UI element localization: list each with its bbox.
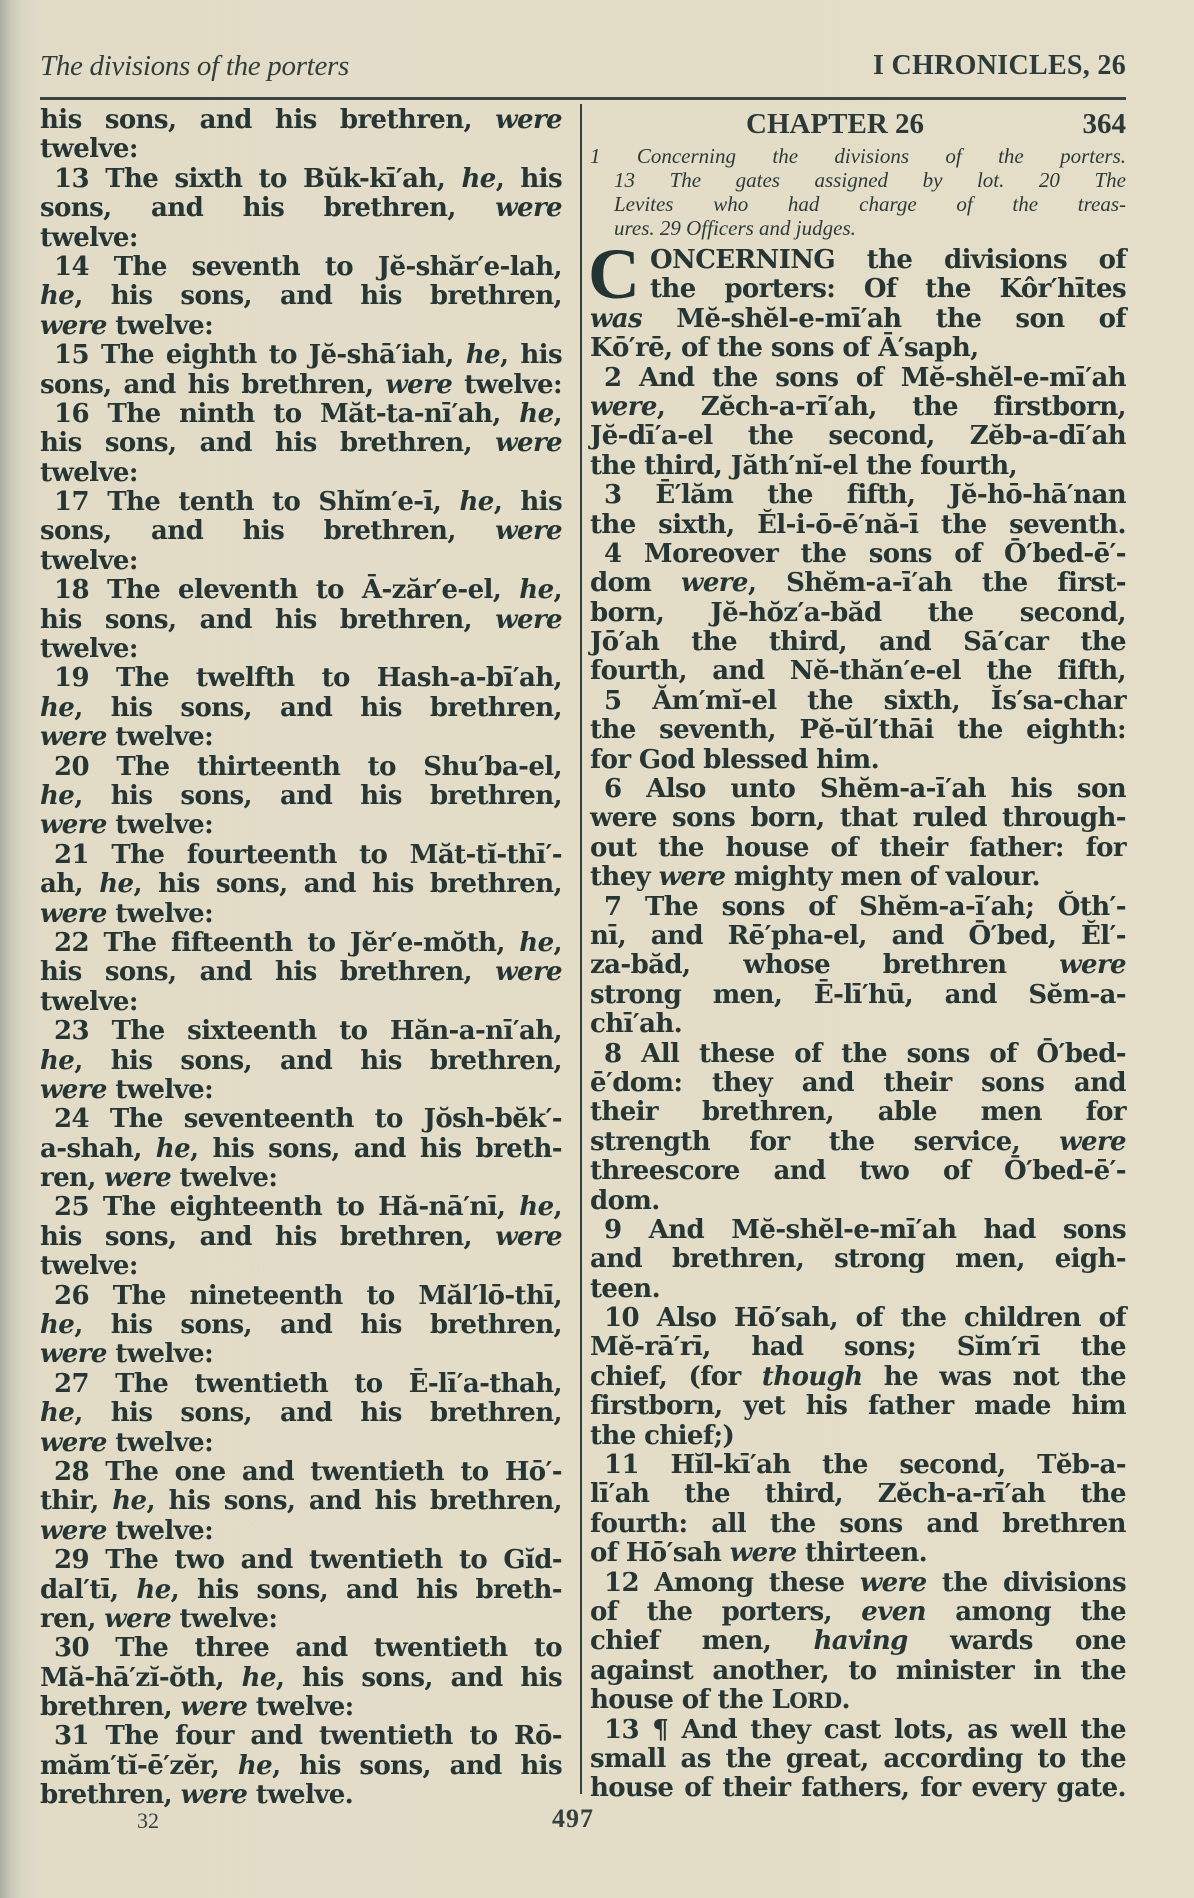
text-line: were twelve: xyxy=(40,811,562,840)
text-line: they were mighty men of valour. xyxy=(590,863,1126,892)
text-line: za-băd, whose brethren were xyxy=(590,951,1126,980)
text-line: were twelve: xyxy=(40,1429,562,1458)
text-line: against another, to minister in the xyxy=(590,1657,1126,1686)
text-line: he, his sons, and his brethren, xyxy=(40,1399,562,1428)
text-line: fourth, and Nĕ-thăn′e-el the fifth, xyxy=(590,657,1126,686)
text-line: firstborn, yet his father made him xyxy=(590,1392,1126,1421)
text-line: twelve: xyxy=(40,224,562,253)
text-line: strength for the service, were xyxy=(590,1128,1126,1157)
text-line: for God blessed him. xyxy=(590,746,1126,775)
left-column: his sons, and his brethren, weretwelve:1… xyxy=(40,106,562,1811)
verse-start-line: 3 Ē′lăm the fifth, Jĕ-hō-hā′nan xyxy=(590,481,1126,510)
text-line: brethren, were twelve: xyxy=(40,1693,562,1722)
text-line: his sons, and his brethren, were xyxy=(40,958,562,987)
verse-start-line: 20 The thirteenth to Shu′ba-el, xyxy=(40,753,562,782)
summary-line: 13 The gates assigned by lot. 20 The xyxy=(590,168,1126,192)
text-line: dom. xyxy=(590,1187,1126,1216)
verse-start-line: 9 And Mĕ-shĕl-e-mī′ah had sons xyxy=(590,1216,1126,1245)
text-line: sons, and his brethren, were xyxy=(40,194,562,223)
text-line: his sons, and his brethren, were xyxy=(40,429,562,458)
text-line: lī′ah the third, Zĕch-a-rī′ah the xyxy=(590,1480,1126,1509)
verse-start-line: 2 And the sons of Mĕ-shĕl-e-mī′ah xyxy=(590,364,1126,393)
text-line: of the porters, even among the xyxy=(590,1598,1126,1627)
verse-start-line: 4 Moreover the sons of Ō′bed-ē′- xyxy=(590,540,1126,569)
text-line: Kō′rē, of the sons of Ā′saph, xyxy=(590,334,1126,363)
running-head-topic: The divisions of the porters xyxy=(40,50,349,83)
verse-start-line: 29 The two and twentieth to Gĭd- xyxy=(40,1546,562,1575)
verse-start-line: 31 The four and twentieth to Rō- xyxy=(40,1722,562,1751)
text-line: sons, and his brethren, were twelve: xyxy=(40,371,562,400)
chapter-summary: 1 Concerning the divisions of the porter… xyxy=(590,144,1126,240)
text-line: his sons, and his brethren, were xyxy=(40,606,562,635)
text-line: twelve: xyxy=(40,547,562,576)
text-line: dom were, Shĕm-a-ī′ah the first- xyxy=(590,569,1126,598)
text-line: chī′ah. xyxy=(590,1010,1126,1039)
verse-start-line: 21 The fourteenth to Măt-tĭ-thī′- xyxy=(40,841,562,870)
verse-start-line: 10 Also Hō′sah, of the children of xyxy=(590,1304,1126,1333)
verse-start-line: 6 Also unto Shĕm-a-ī′ah his son xyxy=(590,775,1126,804)
verse-start-line: 26 The nineteenth to Măl′lō-thī, xyxy=(40,1282,562,1311)
text-line: Mĕ-rā′rī, had sons; Sĭm′rī the xyxy=(590,1333,1126,1362)
text-line: ē′dom: they and their sons and xyxy=(590,1069,1126,1098)
verse-start-line: 30 The three and twentieth to xyxy=(40,1634,562,1663)
running-head: The divisions of the porters I CHRONICLE… xyxy=(40,48,1126,88)
text-line: he, his sons, and his brethren, xyxy=(40,782,562,811)
text-line: the seventh, Pĕ-ŭl′thāi the eighth: xyxy=(590,716,1126,745)
text-line: the sixth, Ĕl-i-ō-ē′nă-ī the seventh. xyxy=(590,511,1126,540)
text-line: were twelve: xyxy=(40,312,562,341)
text-line: he, his sons, and his brethren, xyxy=(40,1311,562,1340)
text-line: small as the great, according to the xyxy=(590,1745,1126,1774)
text-line: his sons, and his brethren, were xyxy=(40,106,562,135)
page-number: 497 xyxy=(552,1804,594,1834)
text-line: the porters: Of the Kôr′hītes xyxy=(590,275,1126,304)
verse-start-line: 16 The ninth to Măt-ta-nī′ah, he, xyxy=(40,400,562,429)
right-column-lines: ONCERNING the divisions ofthe porters: O… xyxy=(590,246,1126,1804)
text-line: chief men, having wards one xyxy=(590,1627,1126,1656)
verse-start-line: 7 The sons of Shĕm-a-ī′ah; Ŏth′- xyxy=(590,893,1126,922)
text-line: twelve: xyxy=(40,988,562,1017)
signature-mark: 32 xyxy=(137,1808,159,1834)
verse-start-line: 19 The twelfth to Hash-a-bī′ah, xyxy=(40,664,562,693)
right-column: CHAPTER 26 364 1 Concerning the division… xyxy=(590,106,1126,1804)
text-line: were twelve: xyxy=(40,1340,562,1369)
verse-start-line: 24 The seventeenth to Jŏsh-bĕk′- xyxy=(40,1105,562,1134)
text-line: teen. xyxy=(590,1275,1126,1304)
header-rule xyxy=(40,97,1126,100)
text-line: twelve: xyxy=(40,1252,562,1281)
text-line: their brethren, able men for xyxy=(590,1098,1126,1127)
text-line: nī, and Rē′pha-el, and Ō′bed, Ĕl′- xyxy=(590,922,1126,951)
text-line: ren, were twelve: xyxy=(40,1164,562,1193)
text-line: chief, (for though he was not the xyxy=(590,1363,1126,1392)
summary-line: Levites who had charge of the treas- xyxy=(590,192,1126,216)
text-line: out the house of their father: for xyxy=(590,834,1126,863)
verse-start-line: 8 All these of the sons of Ō′bed- xyxy=(590,1040,1126,1069)
text-line: a-shah, he, his sons, and his breth- xyxy=(40,1135,562,1164)
text-line: strong men, Ē-lī′hū, and Sĕm-a- xyxy=(590,981,1126,1010)
text-line: thir, he, his sons, and his brethren, xyxy=(40,1487,562,1516)
column-divider xyxy=(580,104,582,1794)
chapter-heading: CHAPTER 26 364 xyxy=(590,106,1126,142)
text-line: he, his sons, and his brethren, xyxy=(40,694,562,723)
chapter-title: CHAPTER 26 xyxy=(746,106,924,142)
verse-start-line: 28 The one and twentieth to Hō′- xyxy=(40,1458,562,1487)
verse-start-line: 27 The twentieth to Ē-lī′a-thah, xyxy=(40,1370,562,1399)
verse-start-line: 12 Among these were the divisions xyxy=(590,1569,1126,1598)
text-line: house of the LORD. xyxy=(590,1686,1126,1715)
text-line: twelve: xyxy=(40,135,562,164)
text-line: ren, were twelve: xyxy=(40,1605,562,1634)
text-line: the chief;) xyxy=(590,1422,1126,1451)
text-line: twelve: xyxy=(40,459,562,488)
text-line: were twelve: xyxy=(40,723,562,752)
verse-start-line: 25 The eighteenth to Hă-nā′nī, he, xyxy=(40,1193,562,1222)
text-line: were twelve: xyxy=(40,900,562,929)
text-line: the third, Jăth′nĭ-el the fourth, xyxy=(590,452,1126,481)
text-line: and brethren, strong men, eigh- xyxy=(590,1245,1126,1274)
chapter-sequence-number: 364 xyxy=(1083,106,1127,142)
verse-start-line: 13 ¶ And they cast lots, as well the xyxy=(590,1716,1126,1745)
chapter-body: C ONCERNING the divisions ofthe porters:… xyxy=(590,246,1126,1804)
verse-start-line: 11 Hĭl-kī′ah the second, Tĕb-a- xyxy=(590,1451,1126,1480)
text-line: his sons, and his brethren, were xyxy=(40,1223,562,1252)
text-line: were, Zĕch-a-rī′ah, the firstborn, xyxy=(590,393,1126,422)
text-line: brethren, were twelve. xyxy=(40,1781,562,1810)
summary-line: 1 Concerning the divisions of the porter… xyxy=(590,144,1126,168)
text-line: were twelve: xyxy=(40,1517,562,1546)
text-line: ah, he, his sons, and his brethren, xyxy=(40,870,562,899)
running-head-book-chapter: I CHRONICLES, 26 xyxy=(873,50,1126,82)
verse-start-line: 14 The seventh to Jĕ-shăr′e-lah, xyxy=(40,253,562,282)
verse-start-line: 23 The sixteenth to Hăn-a-nī′ah, xyxy=(40,1017,562,1046)
verse-start-line: 22 The fifteenth to Jĕr′e-mŏth, he, xyxy=(40,929,562,958)
text-line: twelve: xyxy=(40,635,562,664)
text-line: born, Jĕ-hŏz′a-băd the second, xyxy=(590,599,1126,628)
text-line: he, his sons, and his brethren, xyxy=(40,1047,562,1076)
text-line: threescore and two of Ō′bed-ē′- xyxy=(590,1157,1126,1186)
verse-start-line: 13 The sixth to Bŭk-kī′ah, he, his xyxy=(40,165,562,194)
bible-page: The divisions of the porters I CHRONICLE… xyxy=(0,0,1194,1898)
text-line: măm′tĭ-ē′zĕr, he, his sons, and his xyxy=(40,1752,562,1781)
text-line: of Hō′sah were thirteen. xyxy=(590,1539,1126,1568)
text-line: sons, and his brethren, were xyxy=(40,517,562,546)
summary-line: ures. 29 Officers and judges. xyxy=(590,216,1126,240)
text-line: were sons born, that ruled through- xyxy=(590,804,1126,833)
verse-start-line: 17 The tenth to Shĭm′e-ī, he, his xyxy=(40,488,562,517)
verse-start-line: 5 Ăm′mĭ-el the sixth, Ĭs′sa-char xyxy=(590,687,1126,716)
drop-cap: C xyxy=(588,244,640,304)
text-line: fourth: all the sons and brethren xyxy=(590,1510,1126,1539)
verse-start-line: 15 The eighth to Jĕ-shā′iah, he, his xyxy=(40,341,562,370)
text-line: Jĕ-dī′a-el the second, Zĕb-a-dī′ah xyxy=(590,422,1126,451)
text-line: house of their fathers, for every gate. xyxy=(590,1774,1126,1803)
text-line: ONCERNING the divisions of xyxy=(590,246,1126,275)
text-line: Mă-hā′zĭ-ŏth, he, his sons, and his xyxy=(40,1664,562,1693)
text-line: were twelve: xyxy=(40,1076,562,1105)
text-line: he, his sons, and his brethren, xyxy=(40,282,562,311)
verse-start-line: 18 The eleventh to Ā-zăr′e-el, he, xyxy=(40,576,562,605)
text-line: Jō′ah the third, and Sā′car the xyxy=(590,628,1126,657)
text-line: was Mĕ-shĕl-e-mī′ah the son of xyxy=(590,305,1126,334)
text-line: dal′tī, he, his sons, and his breth- xyxy=(40,1576,562,1605)
